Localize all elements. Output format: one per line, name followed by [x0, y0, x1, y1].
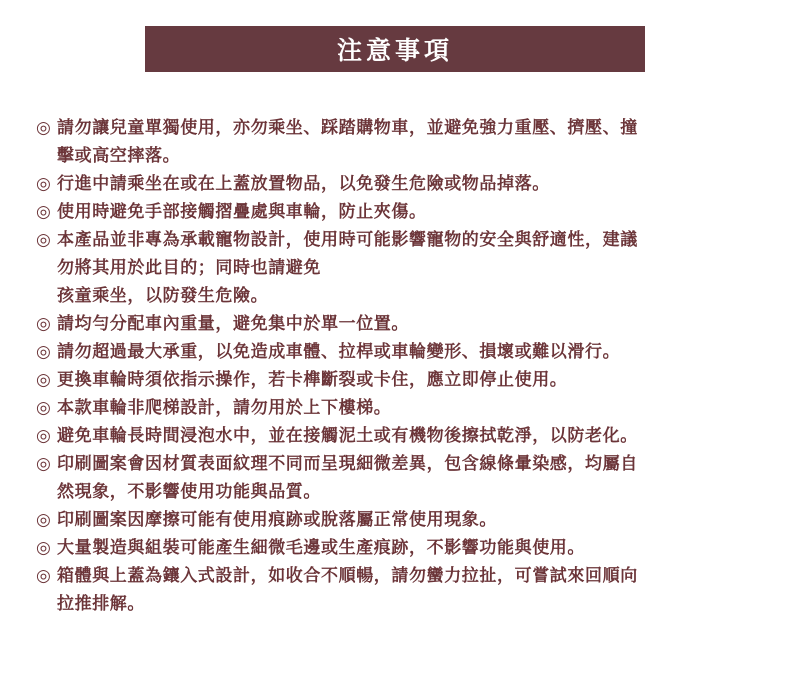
precaution-item: ◎使用時避免手部接觸摺疊處與車輪，防止夾傷。	[36, 198, 766, 226]
precaution-text-continued: 勿將其用於此目的；同時也請避免	[57, 254, 766, 282]
precaution-line: 擊或高空摔落。	[57, 146, 180, 166]
precaution-item: ◎箱體與上蓋為鑲入式設計，如收合不順暢，請勿蠻力拉扯，可嘗試來回順向拉推排解。	[36, 562, 766, 618]
precaution-line: 本產品並非專為承載寵物設計，使用時可能影響寵物的安全與舒適性，建議	[57, 230, 638, 250]
precaution-text-continued: 擊或高空摔落。	[57, 142, 766, 170]
precaution-text: ◎印刷圖案會因材質表面紋理不同而呈現細微差異，包含線條暈染感，均屬自	[57, 450, 766, 478]
precaution-text: ◎箱體與上蓋為鑲入式設計，如收合不順暢，請勿蠻力拉扯，可嘗試來回順向	[57, 562, 766, 590]
precaution-text: ◎本款車輪非爬梯設計，請勿用於上下樓梯。	[57, 394, 766, 422]
double-circle-bullet-icon: ◎	[36, 450, 57, 478]
precaution-line: 孩童乘坐，以防發生危險。	[57, 286, 268, 306]
precaution-item: ◎更換車輪時須依指示操作，若卡榫斷裂或卡住，應立即停止使用。	[36, 366, 766, 394]
precaution-line: 大量製造與組裝可能產生細微毛邊或生產痕跡，不影響功能與使用。	[57, 538, 585, 558]
double-circle-bullet-icon: ◎	[36, 198, 57, 226]
precaution-line: 請勿超過最大承重，以免造成車體、拉桿或車輪變形、損壞或難以滑行。	[57, 342, 620, 362]
double-circle-bullet-icon: ◎	[36, 394, 57, 422]
precaution-item: ◎請勿讓兒童單獨使用，亦勿乘坐、踩踏購物車，並避免強力重壓、擠壓、撞擊或高空摔落…	[36, 114, 766, 170]
precaution-line: 然現象，不影響使用功能與品質。	[57, 482, 321, 502]
precaution-line: 箱體與上蓋為鑲入式設計，如收合不順暢，請勿蠻力拉扯，可嘗試來回順向	[57, 566, 638, 586]
double-circle-bullet-icon: ◎	[36, 226, 57, 254]
precaution-line: 拉推排解。	[57, 594, 145, 614]
precaution-line: 本款車輪非爬梯設計，請勿用於上下樓梯。	[57, 398, 391, 418]
precaution-text-continued: 然現象，不影響使用功能與品質。	[57, 478, 766, 506]
double-circle-bullet-icon: ◎	[36, 562, 57, 590]
double-circle-bullet-icon: ◎	[36, 534, 57, 562]
precaution-item: ◎避免車輪長時間浸泡水中，並在接觸泥土或有機物後擦拭乾淨，以防老化。	[36, 422, 766, 450]
precaution-line: 印刷圖案因摩擦可能有使用痕跡或脫落屬正常使用現象。	[57, 510, 497, 530]
precaution-text: ◎請勿讓兒童單獨使用，亦勿乘坐、踩踏購物車，並避免強力重壓、擠壓、撞	[57, 114, 766, 142]
precaution-item: ◎印刷圖案會因材質表面紋理不同而呈現細微差異，包含線條暈染感，均屬自然現象，不影…	[36, 450, 766, 506]
precaution-item: ◎大量製造與組裝可能產生細微毛邊或生產痕跡，不影響功能與使用。	[36, 534, 766, 562]
double-circle-bullet-icon: ◎	[36, 506, 57, 534]
precaution-line: 避免車輪長時間浸泡水中，並在接觸泥土或有機物後擦拭乾淨，以防老化。	[57, 426, 638, 446]
title-banner: 注意事項	[145, 26, 645, 72]
precaution-text: ◎印刷圖案因摩擦可能有使用痕跡或脫落屬正常使用現象。	[57, 506, 766, 534]
precaution-item: ◎本產品並非專為承載寵物設計，使用時可能影響寵物的安全與舒適性，建議勿將其用於此…	[36, 226, 766, 310]
precaution-line: 行進中請乘坐在或在上蓋放置物品，以免發生危險或物品掉落。	[57, 174, 550, 194]
precaution-text: ◎避免車輪長時間浸泡水中，並在接觸泥土或有機物後擦拭乾淨，以防老化。	[57, 422, 766, 450]
precaution-text-continued: 孩童乘坐，以防發生危險。	[57, 282, 766, 310]
precaution-text: ◎請均勻分配車內重量，避免集中於單一位置。	[57, 310, 766, 338]
precaution-text: ◎行進中請乘坐在或在上蓋放置物品，以免發生危險或物品掉落。	[57, 170, 766, 198]
precaution-text: ◎請勿超過最大承重，以免造成車體、拉桿或車輪變形、損壞或難以滑行。	[57, 338, 766, 366]
precaution-line: 勿將其用於此目的；同時也請避免	[57, 258, 321, 278]
precaution-text-continued: 拉推排解。	[57, 590, 766, 618]
precaution-text: ◎大量製造與組裝可能產生細微毛邊或生產痕跡，不影響功能與使用。	[57, 534, 766, 562]
precaution-line: 請均勻分配車內重量，避免集中於單一位置。	[57, 314, 409, 334]
precaution-line: 使用時避免手部接觸摺疊處與車輪，防止夾傷。	[57, 202, 427, 222]
double-circle-bullet-icon: ◎	[36, 338, 57, 366]
precaution-item: ◎印刷圖案因摩擦可能有使用痕跡或脫落屬正常使用現象。	[36, 506, 766, 534]
double-circle-bullet-icon: ◎	[36, 170, 57, 198]
precaution-text: ◎使用時避免手部接觸摺疊處與車輪，防止夾傷。	[57, 198, 766, 226]
precaution-line: 更換車輪時須依指示操作，若卡榫斷裂或卡住，應立即停止使用。	[57, 370, 567, 390]
double-circle-bullet-icon: ◎	[36, 310, 57, 338]
precaution-line: 印刷圖案會因材質表面紋理不同而呈現細微差異，包含線條暈染感，均屬自	[57, 454, 638, 474]
double-circle-bullet-icon: ◎	[36, 422, 57, 450]
precaution-item: ◎行進中請乘坐在或在上蓋放置物品，以免發生危險或物品掉落。	[36, 170, 766, 198]
precaution-text: ◎本產品並非專為承載寵物設計，使用時可能影響寵物的安全與舒適性，建議	[57, 226, 766, 254]
precaution-item: ◎請勿超過最大承重，以免造成車體、拉桿或車輪變形、損壞或難以滑行。	[36, 338, 766, 366]
page-title: 注意事項	[337, 31, 453, 67]
precaution-text: ◎更換車輪時須依指示操作，若卡榫斷裂或卡住，應立即停止使用。	[57, 366, 766, 394]
double-circle-bullet-icon: ◎	[36, 366, 57, 394]
precaution-line: 請勿讓兒童單獨使用，亦勿乘坐、踩踏購物車，並避免強力重壓、擠壓、撞	[57, 118, 638, 138]
double-circle-bullet-icon: ◎	[36, 114, 57, 142]
precautions-list: ◎請勿讓兒童單獨使用，亦勿乘坐、踩踏購物車，並避免強力重壓、擠壓、撞擊或高空摔落…	[36, 114, 766, 618]
precaution-item: ◎本款車輪非爬梯設計，請勿用於上下樓梯。	[36, 394, 766, 422]
precaution-item: ◎請均勻分配車內重量，避免集中於單一位置。	[36, 310, 766, 338]
